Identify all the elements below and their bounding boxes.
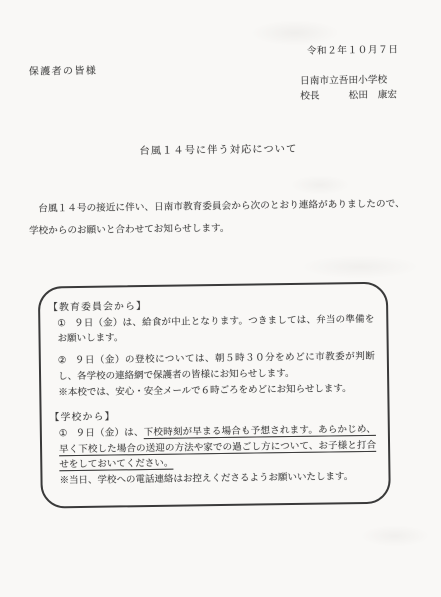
principal-name: 校長 松田 康宏 — [300, 88, 397, 104]
item-marker: ① — [59, 428, 68, 439]
board-of-education-section: 【教育委員会から】 ①９日（金）は、給食が中止となります。つきましては、弁当の準… — [48, 296, 375, 401]
intro-paragraph: 台風１４号の接近に伴い、日南市教育委員会から次のとおり連絡がありましたので、学校… — [29, 193, 406, 241]
notice-item-attendance: ②９日（金）の登校については、朝５時３０分をめどに市教委が判断し、各学校の連絡網… — [58, 349, 376, 401]
item-marker: ① — [57, 318, 66, 329]
notice-item-lunch: ①９日（金）は、給食が中止となります。つきましては、弁当の準備をお願いします。 — [57, 312, 374, 348]
item-text: ９日（金）は、給食が中止となります。つきましては、弁当の準備をお願いします。 — [57, 314, 374, 345]
recipient-line: 保護者の皆様 — [29, 62, 98, 78]
school-name: 日南市立吾田小学校 — [300, 73, 397, 89]
note-text: ※当日、学校への電話連絡はお控えくださるようお願いいたします。 — [59, 469, 376, 489]
item-text-prefix: ９日（金）は、 — [76, 427, 144, 439]
note-text: ※本校では、安心・安全メールで６時ごろをめどにお知らせします。 — [58, 380, 375, 400]
issue-date: 令和２年１０月７日 — [307, 41, 399, 56]
item-text: ９日（金）の登校については、朝５時３０分をめどに市教委が判断し、各学校の連絡網で… — [58, 351, 375, 382]
item-marker: ② — [58, 355, 67, 366]
sender-block: 日南市立吾田小学校 校長 松田 康宏 — [300, 73, 397, 104]
scanned-letter-page: 令和２年１０月７日 保護者の皆様 日南市立吾田小学校 校長 松田 康宏 台風１４… — [0, 0, 441, 597]
notice-item-dismissal: ①９日（金）は、下校時刻が早まる場合も予想されます。あらかじめ、早く下校した場合… — [59, 422, 377, 489]
notice-box: 【教育委員会から】 ①９日（金）は、給食が中止となります。つきましては、弁当の準… — [38, 282, 391, 509]
from-school-section: 【学校から】 ①９日（金）は、下校時刻が早まる場合も予想されます。あらかじめ、早… — [50, 406, 377, 489]
document-title: 台風１４号に伴う対応について — [0, 138, 439, 159]
